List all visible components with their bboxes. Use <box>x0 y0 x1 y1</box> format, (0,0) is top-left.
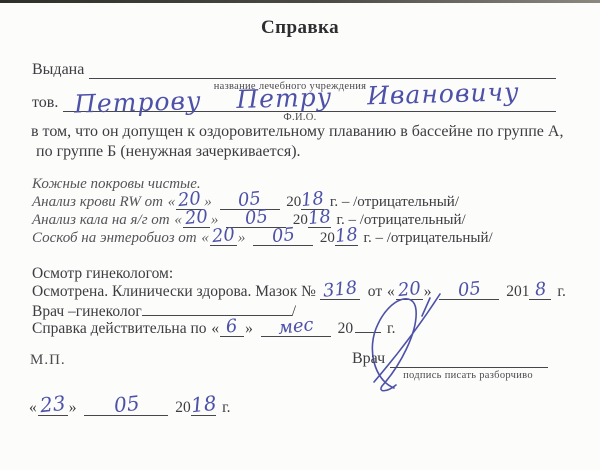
test-year-value: 18 <box>334 228 358 244</box>
validity-value: 6 <box>226 319 239 334</box>
validity-unit-value: мес <box>277 318 314 336</box>
certificate-page: Справка Выдана название лечебного учрежд… <box>0 0 600 470</box>
test-row-stool: Анализ кала на я/г от «20» 05 2018 г. – … <box>32 212 466 229</box>
year-suffix: г. – <box>364 230 387 246</box>
gynecologist-heading: Осмотр гинекологом: <box>32 265 173 283</box>
exam-year-value: 8 <box>534 282 547 297</box>
test-year-field: 18 <box>308 212 331 228</box>
test-month-field: 05 <box>253 230 313 246</box>
issue-date-suffix: г. <box>222 399 230 416</box>
test-month-value: 05 <box>271 228 295 244</box>
test-year-field: 18 <box>335 230 358 246</box>
exam-year-suffix: г. <box>557 283 565 300</box>
issue-date-line: «23» 05 2018 г. <box>28 398 231 417</box>
gyn-doctor-blank-line <box>142 301 292 316</box>
exam-year-prefix: 201 <box>506 283 529 300</box>
open-quote: « <box>201 230 209 246</box>
year-prefix: 20 <box>320 230 335 246</box>
year-suffix: г. – <box>330 194 353 210</box>
statement-line1: в том, что он допущен к оздоровительному… <box>31 123 563 140</box>
issue-day-field: 23 <box>38 398 68 416</box>
scan-edge-artifact <box>0 0 600 3</box>
issue-month-field: 05 <box>84 398 168 416</box>
test-month-value: 05 <box>244 210 268 226</box>
doctor-signature-blank-line <box>390 350 548 368</box>
test-label: Анализ крови RW от <box>32 194 163 210</box>
validity-value-field: 6 <box>220 321 244 337</box>
test-label: Анализ кала на я/г от <box>32 212 170 228</box>
test-result: /отрицательный/ <box>353 194 459 210</box>
close-quote: » <box>238 230 246 246</box>
smear-number-value: 318 <box>322 281 358 299</box>
year-prefix: 20 <box>293 212 308 228</box>
doctor-label: Врач <box>352 350 385 368</box>
gynecologist-doctor-line: Врач –гинеколог/ <box>32 301 296 321</box>
test-result: /отрицательный/ <box>387 230 493 246</box>
test-year-value: 18 <box>307 210 331 226</box>
issue-day-value: 23 <box>39 396 66 413</box>
signature-caption: подпись писать разборчиво <box>398 370 538 381</box>
issue-year-value: 18 <box>190 396 217 413</box>
open-quote: « <box>168 194 176 210</box>
page-title: Справка <box>0 17 600 39</box>
institution-blank-line <box>89 61 556 79</box>
doctor-signature-line: Врач <box>352 350 548 368</box>
issued-to-line: Выдана <box>32 61 556 79</box>
gynecologist-exam-line: Осмотрена. Клинически здорова. Мазок №31… <box>32 283 566 301</box>
exam-year-field: 8 <box>529 284 551 300</box>
test-day-field: 20 <box>210 230 237 246</box>
close-quote: » <box>245 320 253 337</box>
validity-line: Справка действительна по «6» мес 20 г. <box>32 319 396 338</box>
open-quote: « <box>211 320 219 337</box>
validity-prefix: Справка действительна по <box>32 320 207 337</box>
issue-year-field: 18 <box>191 398 216 416</box>
test-day-value: 20 <box>211 228 235 244</box>
test-row-enterobiosis: Соскоб на энтеробиоз от «20» 05 2018 г. … <box>32 230 493 247</box>
test-result: /отрицательный/ <box>360 212 466 228</box>
stamp-placeholder: М.П. <box>30 352 66 369</box>
tov-label: тов. <box>32 94 58 112</box>
statement-line2: по группе Б (ненужная зачеркивается). <box>31 142 579 162</box>
open-quote: « <box>174 212 182 228</box>
issue-year-prefix: 20 <box>175 399 191 416</box>
test-label: Соскоб на энтеробиоз от <box>32 230 197 246</box>
test-day-value: 20 <box>184 210 208 226</box>
doctor-signature <box>366 288 466 398</box>
issue-month-value: 05 <box>113 396 140 413</box>
open-quote: « <box>29 399 37 416</box>
close-quote: » <box>69 399 77 416</box>
issued-label: Выдана <box>32 61 84 79</box>
year-prefix: 20 <box>286 194 301 210</box>
validity-unit-field: мес <box>261 321 331 337</box>
gyn-doctor-label: Врач –гинеколог <box>32 303 142 320</box>
exam-prefix: Осмотрена. Клинически здорова. Мазок № <box>32 283 316 300</box>
test-day-field: 20 <box>183 212 210 228</box>
admission-statement: в том, что он допущен к оздоровительному… <box>31 122 579 162</box>
skin-note: Кожные покровы чистые. <box>32 176 201 193</box>
smear-number-field: 318 <box>320 284 360 300</box>
validity-year-prefix: 20 <box>338 320 354 337</box>
